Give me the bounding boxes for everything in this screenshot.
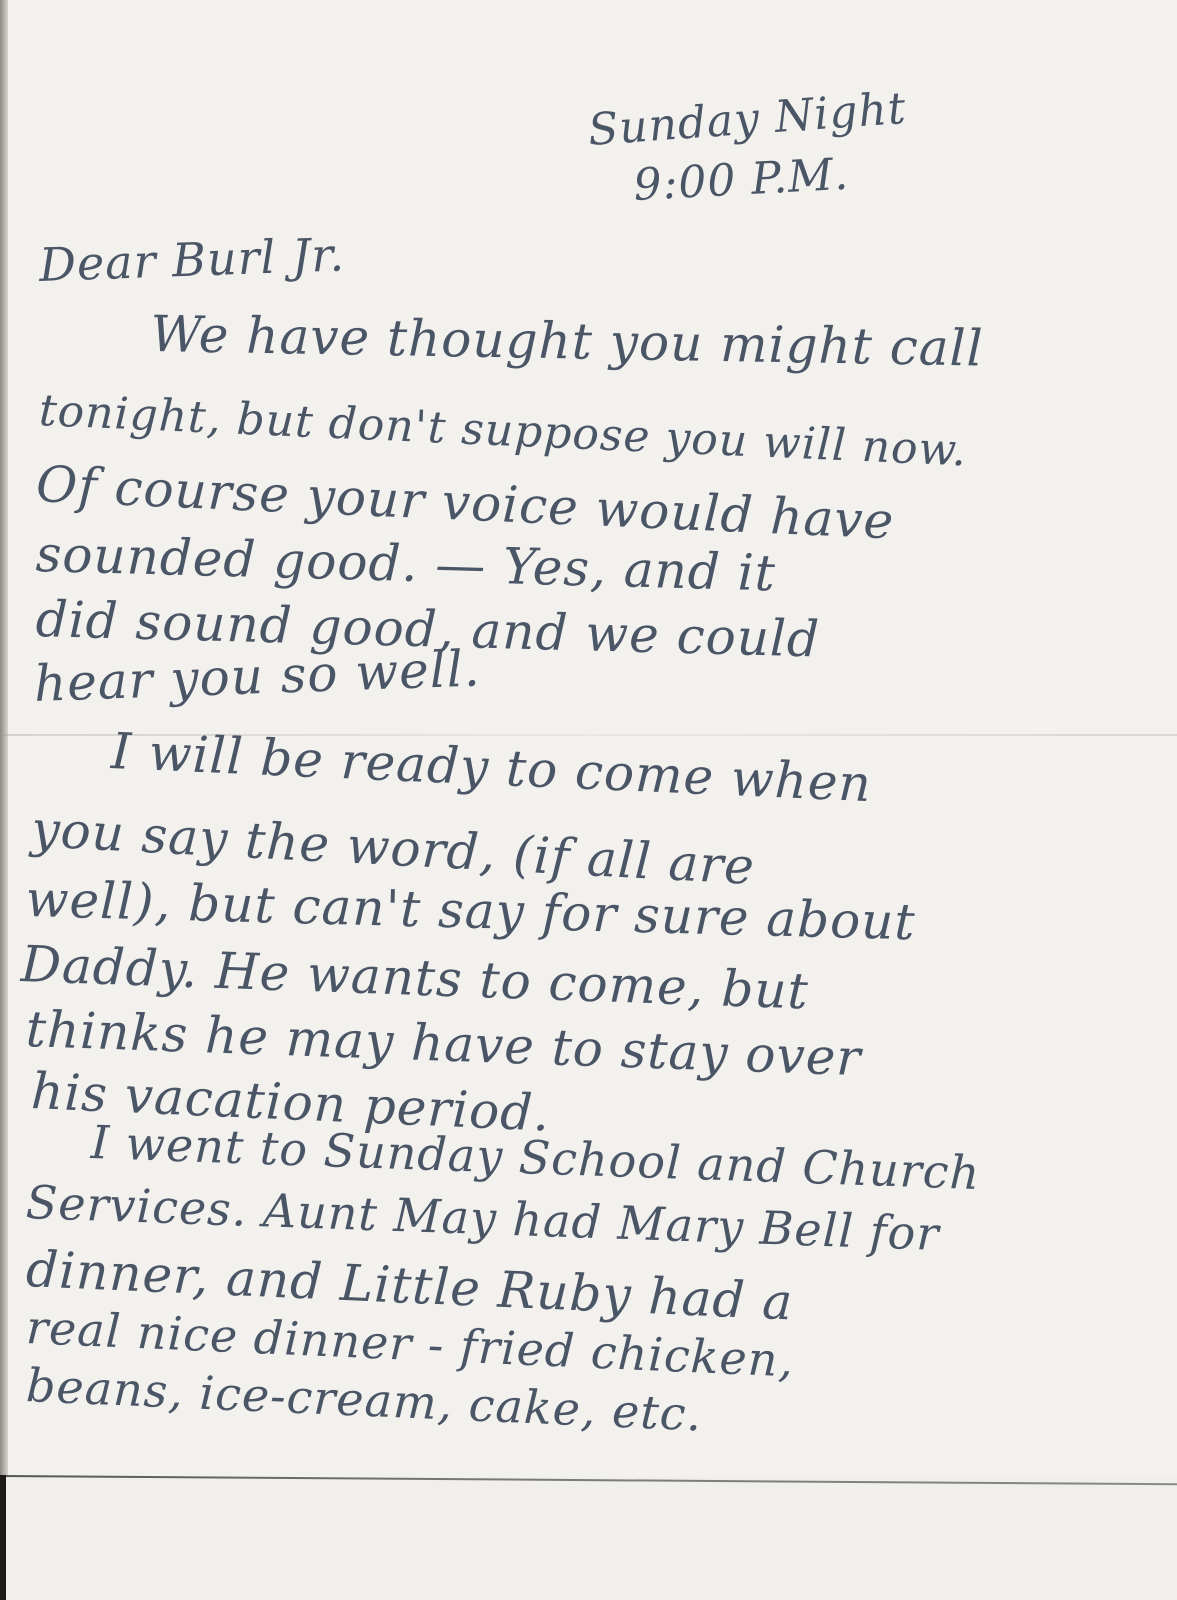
paper-bottom-margin	[6, 1477, 1177, 1600]
scanner-black-border	[0, 1475, 6, 1600]
letter-day: Sunday Night	[586, 83, 908, 156]
scanned-letter-page: Sunday Night 9:00 P.M. Dear Burl Jr. We …	[0, 0, 1177, 1600]
letter-line: We have thought you might call	[150, 305, 984, 378]
letter-line: hear you so well.	[33, 639, 482, 713]
letter-salutation: Dear Burl Jr.	[38, 227, 346, 292]
scanner-edge-shadow	[0, 0, 8, 1475]
letter-time: 9:00 P.M.	[632, 149, 850, 211]
